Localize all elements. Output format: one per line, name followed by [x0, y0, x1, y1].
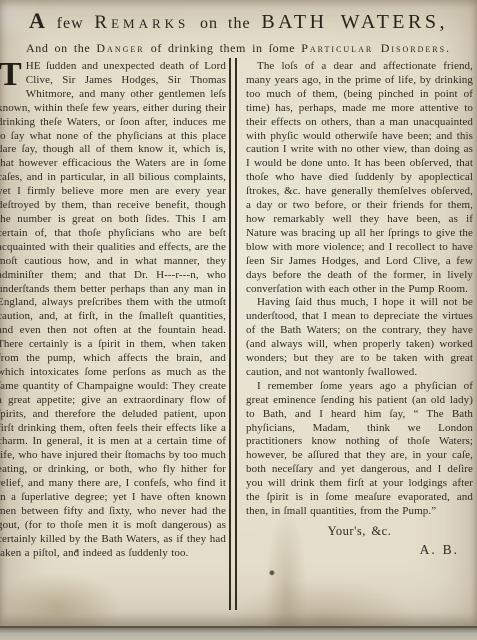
subtitle-segment: of drinking them in ſome	[151, 41, 295, 55]
article-subtitle: And on the Danger of drinking them in ſo…	[0, 41, 477, 56]
article-title: A few Remarks on the BATH WATERS,	[0, 8, 477, 34]
column-divider-rule	[229, 58, 237, 610]
drop-cap: T	[0, 60, 26, 88]
title-segment: few	[57, 15, 84, 32]
right-column: The loſs of a dear and affectionate frie…	[246, 60, 473, 557]
newspaper-clipping: A few Remarks on the BATH WATERS, And on…	[0, 0, 477, 628]
signature-yours: Your's, &c.	[246, 525, 473, 539]
right-column-paragraph-1: The loſs of a dear and affectionate frie…	[246, 60, 473, 296]
title-segment: A	[29, 8, 46, 33]
right-column-paragraph-3: I remember ſome years ago a phyſician of…	[246, 380, 473, 519]
title-segment: BATH WATERS,	[261, 11, 448, 33]
right-column-paragraph-2: Having ſaid thus much, I hope it will no…	[246, 296, 473, 379]
subtitle-segment: Particular Disorders.	[301, 41, 451, 55]
signature-initials: A. B.	[246, 543, 473, 557]
article-heading: A few Remarks on the BATH WATERS, And on…	[0, 8, 477, 56]
left-column: THE ſudden and unexpected death of Lord …	[0, 60, 226, 561]
subtitle-segment: And on the	[26, 41, 90, 55]
title-segment: Remarks	[94, 12, 189, 33]
left-column-paragraph: THE ſudden and unexpected death of Lord …	[0, 60, 226, 561]
left-column-text: HE ſudden and unexpected death of Lord C…	[0, 60, 226, 559]
scan-bottom-edge	[0, 628, 477, 640]
title-segment: on the	[200, 15, 251, 32]
subtitle-segment: Danger	[96, 41, 144, 55]
